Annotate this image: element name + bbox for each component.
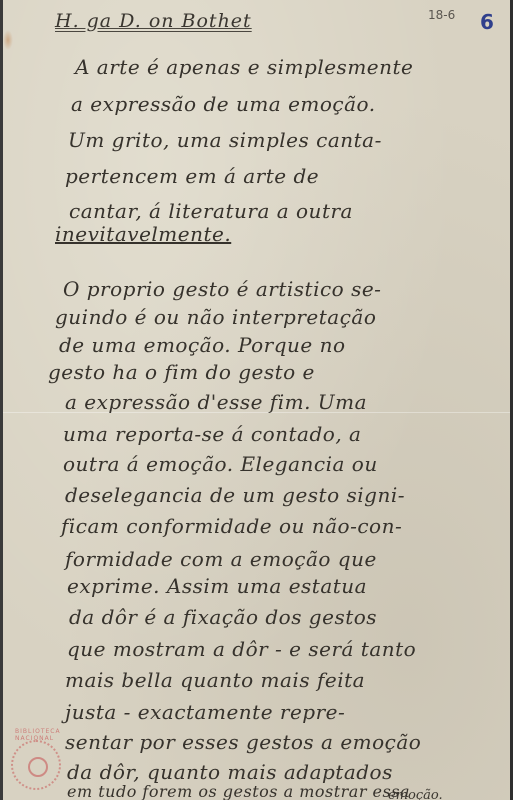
text-line: outra á emoção. Elegancia ou <box>63 452 378 476</box>
text-line: cantar, á literatura a outra <box>69 199 353 223</box>
text-line: justa - exactamente repre- <box>65 700 345 724</box>
text-line: A arte é apenas e simplesmente <box>75 55 413 79</box>
text-line: O proprio gesto é artistico se- <box>63 277 381 301</box>
text-line: a expressão de uma emoção. <box>71 92 376 116</box>
text-line: a expressão d'esse fim. Uma <box>65 390 367 414</box>
text-line: deselegancia de um gesto signi- <box>65 483 405 507</box>
text-line: gesto ha o fim do gesto e <box>48 360 315 384</box>
text-line: da dôr é a fixação dos gestos <box>69 605 377 629</box>
folio-number: 6 <box>480 10 494 34</box>
text-line: ficam conformidade ou não-con- <box>61 514 402 538</box>
paper-stain <box>3 30 13 50</box>
text-line: guindo é ou não interpretação <box>55 305 376 329</box>
shelfmark: 18-6 <box>428 8 455 22</box>
manuscript-title: H. ga D. on Bothet <box>55 10 252 32</box>
interlinear-note: emoção. <box>388 788 443 800</box>
text-line: que mostram a dôr - e será tanto <box>67 637 416 661</box>
text-line: exprime. Assim uma estatua <box>67 574 367 598</box>
text-line: pertencem em á arte de <box>65 164 319 188</box>
text-line: em tudo forem os gestos a mostrar essa <box>67 782 410 800</box>
text-line: formidade com a emoção que <box>65 547 377 571</box>
text-line: uma reporta-se á contado, a <box>63 422 361 446</box>
text-line: mais bella quanto mais feita <box>65 668 365 692</box>
stamp-emblem-icon <box>28 757 48 777</box>
library-stamp: BIBLIOTECA NACIONAL <box>11 740 61 790</box>
text-line: Um grito, uma simples canta- <box>68 128 382 152</box>
text-line: sentar por esses gestos a emoção <box>65 730 421 754</box>
text-line: da dôr, quanto mais adaptados <box>67 760 393 784</box>
text-line: de uma emoção. Porque no <box>59 333 346 357</box>
manuscript-page: H. ga D. on Bothet 18-6 6 A arte é apena… <box>0 0 513 800</box>
text-line: inevitavelmente. <box>55 222 231 246</box>
stamp-text: BIBLIOTECA NACIONAL <box>15 728 75 742</box>
